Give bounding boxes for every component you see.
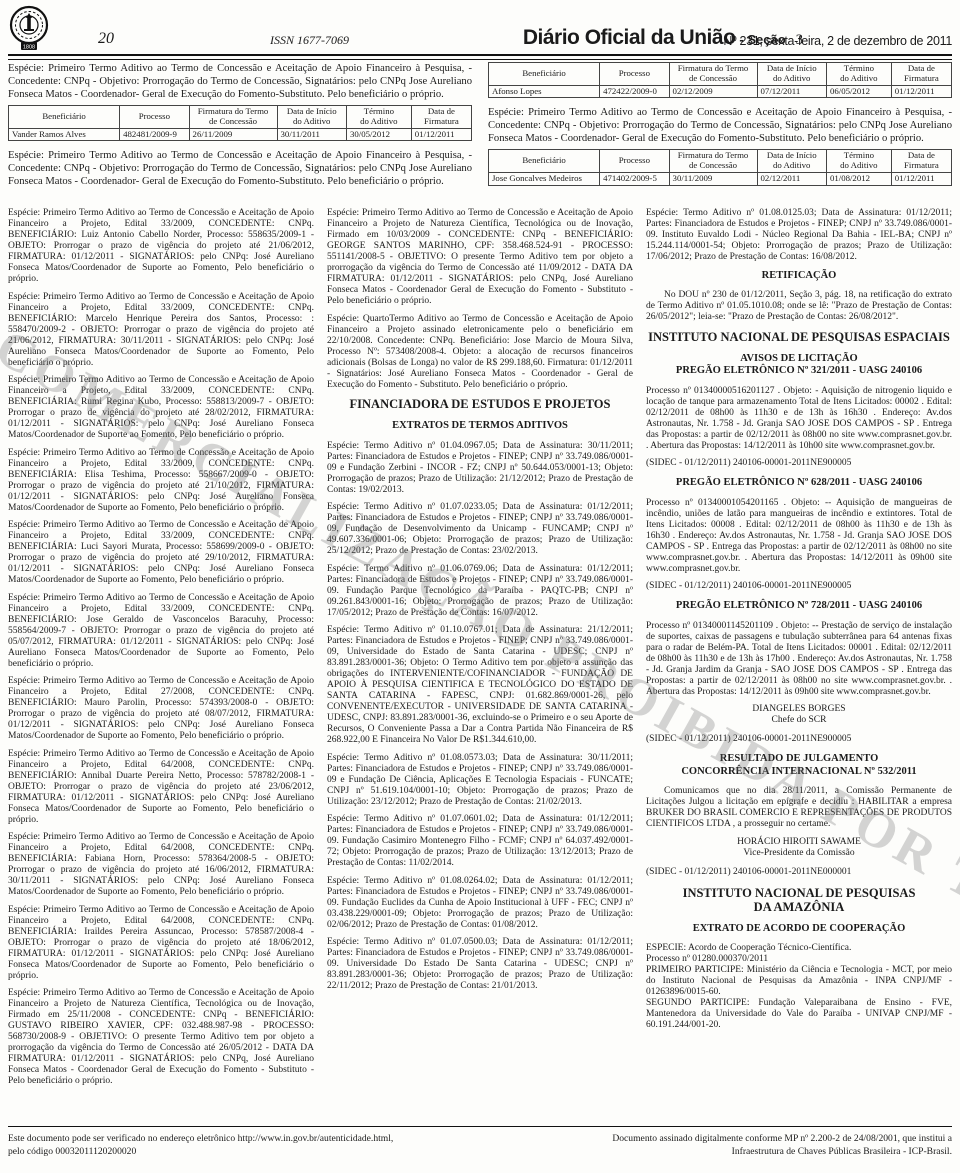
section-heading-pregao-628: PREGÃO ELETRÔNICO Nº 628/2011 - UASG 240… bbox=[646, 477, 952, 490]
table-cell: Afonso Lopes bbox=[489, 85, 600, 98]
extract-paragraph: Espécie: Primeiro Termo Aditivo ao Termo… bbox=[8, 832, 314, 898]
acordo-line: Processo nº 01280.000370/2011 bbox=[646, 954, 952, 965]
extract-paragraph: Espécie: Primeiro Termo Aditivo ao Termo… bbox=[8, 62, 472, 101]
column-left: Espécie: Primeiro Termo Aditivo ao Termo… bbox=[8, 208, 314, 1120]
table-header-row: Beneficiário Processo Firmatura do Termo… bbox=[489, 150, 952, 173]
extract-paragraph: Espécie: Primeiro Termo Aditivo ao Termo… bbox=[8, 292, 314, 369]
column-middle: Espécie: Primeiro Termo Aditivo ao Termo… bbox=[327, 208, 633, 1120]
signature-block: DIANGELES BORGES Chefe do SCR bbox=[646, 704, 952, 726]
table-cell: Vander Ramos Alves bbox=[9, 128, 120, 141]
col-data-inicio: Data de Início do Aditivo bbox=[277, 106, 346, 129]
acordo-line: ESPECIE: Acordo de Cooperação Técnico-Ci… bbox=[646, 943, 952, 954]
acordo-line: SEGUNDO PARTICIPE: Fundação Valeparaiban… bbox=[646, 998, 952, 1031]
table-cell: 471402/2009-5 bbox=[600, 172, 669, 185]
column-right: Espécie: Termo Aditivo nº 01.08.0125.03;… bbox=[646, 208, 952, 1120]
extract-paragraph: Espécie: Primeiro Termo Aditivo ao Termo… bbox=[8, 905, 314, 982]
table-cell: 02/12/2009 bbox=[669, 85, 757, 98]
signature-block: HORÁCIO HIROITI SAWAME Vice-Presidente d… bbox=[646, 837, 952, 859]
table-cell: 06/05/2012 bbox=[826, 85, 891, 98]
licitacao-paragraph: Processo nº 01340001145201109 . Objeto: … bbox=[646, 621, 952, 698]
sidec-reference: (SIDEC - 01/12/2011) 240106-00001-2011NE… bbox=[646, 581, 952, 592]
table-cell: 30/05/2012 bbox=[346, 128, 411, 141]
page-number: 20 bbox=[98, 30, 114, 48]
top-section: Espécie: Primeiro Termo Aditivo ao Termo… bbox=[8, 62, 952, 194]
retificacao-paragraph: No DOU nº 230 de 01/12/2011, Seção 3, pá… bbox=[646, 290, 952, 323]
extract-paragraph: Espécie: QuartoTermo Aditivo ao Termo de… bbox=[327, 314, 633, 391]
table-cell: 30/11/2011 bbox=[277, 128, 346, 141]
extract-paragraph: Espécie: Primeiro Termo Aditivo ao Termo… bbox=[8, 749, 314, 826]
extract-paragraph: Espécie: Primeiro Termo Aditivo ao Termo… bbox=[8, 988, 314, 1087]
issn-label: ISSN 1677-7069 bbox=[270, 33, 349, 48]
extract-paragraph: Espécie: Termo Aditivo nº 01.08.0125.03;… bbox=[646, 208, 952, 263]
extract-paragraph: Espécie: Termo Aditivo nº 01.06.0769.06;… bbox=[327, 564, 633, 619]
aditivo-table-jose: Beneficiário Processo Firmatura do Termo… bbox=[488, 149, 952, 185]
page-header: 1808 20 ISSN 1677-7069 Diário Oficial da… bbox=[8, 4, 952, 52]
licitacao-paragraph: Processo nº 01340001054201165 . Objeto: … bbox=[646, 498, 952, 575]
col-processo: Processo bbox=[600, 63, 669, 86]
table-cell: Jose Goncalves Medeiros bbox=[489, 172, 600, 185]
sidec-reference: (SIDEC - 01/12/2011) 240106-00001-2011NE… bbox=[646, 867, 952, 878]
extract-paragraph: Espécie: Primeiro Termo Aditivo ao Termo… bbox=[8, 448, 314, 514]
edition-date: Nº 231, sexta-feira, 2 de dezembro de 20… bbox=[723, 34, 952, 48]
aditivo-table-vander: Beneficiário Processo Firmatura do Termo… bbox=[8, 105, 472, 141]
col-firmatura-termo: Firmatura do Termo de Concessão bbox=[189, 106, 277, 129]
col-data-inicio: Data de Início do Aditivo bbox=[757, 150, 826, 173]
col-data-firmatura: Data de Firmatura bbox=[891, 63, 951, 86]
section-heading-retificacao: RETIFICAÇÃO bbox=[646, 270, 952, 283]
masthead-title: Diário Oficial da União bbox=[523, 26, 736, 49]
col-beneficiario: Beneficiário bbox=[489, 63, 600, 86]
top-left-half: Espécie: Primeiro Termo Aditivo ao Termo… bbox=[8, 62, 472, 194]
table-cell: 26/11/2009 bbox=[189, 128, 277, 141]
signer-role: Chefe do SCR bbox=[646, 715, 952, 726]
col-data-inicio: Data de Início do Aditivo bbox=[757, 63, 826, 86]
extract-paragraph: Espécie: Termo Aditivo nº 01.07.0500.03;… bbox=[327, 937, 633, 992]
signer-name: DIANGELES BORGES bbox=[646, 704, 952, 715]
extract-paragraph: Espécie: Termo Aditivo nº 01.04.0967.05;… bbox=[327, 441, 633, 496]
acordo-line: PRIMEIRO PARTICIPE: Ministério da Ciênci… bbox=[646, 965, 952, 998]
col-beneficiario: Beneficiário bbox=[9, 106, 120, 129]
extract-paragraph: Espécie: Primeiro Termo Aditivo ao Termo… bbox=[8, 149, 472, 188]
extract-paragraph: Espécie: Termo Aditivo nº 01.07.0233.05;… bbox=[327, 502, 633, 557]
extract-paragraph: Espécie: Primeiro Termo Aditivo ao Termo… bbox=[327, 208, 633, 307]
section-heading-extratos: EXTRATOS DE TERMOS ADITIVOS bbox=[327, 420, 633, 433]
signer-role: Vice-Presidente da Comissão bbox=[646, 848, 952, 859]
extract-paragraph: Espécie: Primeiro Termo Aditivo ao Termo… bbox=[8, 520, 314, 586]
org-heading-inpe: INSTITUTO NACIONAL DE PESQUISAS ESPACIAI… bbox=[646, 330, 952, 344]
extract-paragraph: Espécie: Primeiro Termo Aditivo ao Termo… bbox=[8, 593, 314, 670]
col-beneficiario: Beneficiário bbox=[489, 150, 600, 173]
sidec-reference: (SIDEC - 01/12/2011) 240106-00001-2011NE… bbox=[646, 734, 952, 745]
resultado-paragraph: Comunicamos que no dia 28/11/2011, a Com… bbox=[646, 786, 952, 830]
svg-text:1808: 1808 bbox=[23, 45, 35, 51]
extract-paragraph: Espécie: Primeiro Termo Aditivo ao Termo… bbox=[8, 208, 314, 285]
footer-rule bbox=[8, 1126, 952, 1127]
sidec-reference: (SIDEC - 01/12/2011) 240106-00001-2011NE… bbox=[646, 458, 952, 469]
header-rule bbox=[8, 54, 952, 60]
table-row: Jose Goncalves Medeiros 471402/2009-5 30… bbox=[489, 172, 952, 185]
table-cell: 01/08/2012 bbox=[826, 172, 891, 185]
table-cell: 30/11/2009 bbox=[669, 172, 757, 185]
page-footer: Este documento pode ser verificado no en… bbox=[8, 1132, 952, 1158]
table-cell: 02/12/2011 bbox=[757, 172, 826, 185]
extract-paragraph: Espécie: Primeiro Termo Aditivo ao Termo… bbox=[8, 375, 314, 441]
extract-paragraph: Espécie: Termo Aditivo nº 01.07.0601.02;… bbox=[327, 814, 633, 869]
col-data-firmatura: Data de Firmatura bbox=[891, 150, 951, 173]
extract-paragraph: Espécie: Primeiro Termo Aditivo ao Termo… bbox=[8, 676, 314, 742]
extract-paragraph: Espécie: Primeiro Termo Aditivo ao Termo… bbox=[488, 106, 952, 145]
col-processo: Processo bbox=[120, 106, 189, 129]
section-heading-pregao-321: AVISOS DE LICITAÇÃO PREGÃO ELETRÔNICO Nº… bbox=[646, 353, 952, 378]
licitacao-paragraph: Processo nº 01340000516201127 . Objeto: … bbox=[646, 386, 952, 452]
col-termino: Término do Aditivo bbox=[826, 63, 891, 86]
table-row: Afonso Lopes 472422/2009-0 02/12/2009 07… bbox=[489, 85, 952, 98]
col-firmatura-termo: Firmatura do Termo de Concessão bbox=[669, 150, 757, 173]
org-heading-finep: FINANCIADORA DE ESTUDOS E PROJETOS bbox=[327, 397, 633, 411]
table-cell: 01/12/2011 bbox=[891, 172, 951, 185]
table-header-row: Beneficiário Processo Firmatura do Termo… bbox=[9, 106, 472, 129]
gazette-page: 1808 20 ISSN 1677-7069 Diário Oficial da… bbox=[0, 0, 960, 1173]
aditivo-table-afonso: Beneficiário Processo Firmatura do Termo… bbox=[488, 62, 952, 98]
col-termino: Término do Aditivo bbox=[826, 150, 891, 173]
table-cell: 01/12/2011 bbox=[411, 128, 471, 141]
extract-paragraph: Espécie: Termo Aditivo nº 01.08.0573.03;… bbox=[327, 753, 633, 808]
section-heading-pregao-728: PREGÃO ELETRÔNICO Nº 728/2011 - UASG 240… bbox=[646, 600, 952, 613]
col-data-firmatura: Data de Firmatura bbox=[411, 106, 471, 129]
table-cell: 01/12/2011 bbox=[891, 85, 951, 98]
table-cell: 472422/2009-0 bbox=[600, 85, 669, 98]
col-firmatura-termo: Firmatura do Termo de Concessão bbox=[669, 63, 757, 86]
section-heading-acordo: EXTRATO DE ACORDO DE COOPERAÇÃO bbox=[646, 923, 952, 936]
org-heading-inpa: INSTITUTO NACIONAL DE PESQUISAS DA AMAZÔ… bbox=[646, 886, 952, 914]
footer-verification-text: Este documento pode ser verificado no en… bbox=[8, 1132, 478, 1158]
col-processo: Processo bbox=[600, 150, 669, 173]
extract-paragraph: Espécie: Termo Aditivo nº 01.10.0767.01;… bbox=[327, 625, 633, 746]
extract-paragraph: Espécie: Termo Aditivo nº 01.08.0264.02;… bbox=[327, 876, 633, 931]
section-heading-resultado: RESULTADO DE JULGAMENTO CONCORRÊNCIA INT… bbox=[646, 753, 952, 778]
top-right-half: Beneficiário Processo Firmatura do Termo… bbox=[488, 62, 952, 194]
signer-name: HORÁCIO HIROITI SAWAME bbox=[646, 837, 952, 848]
footer-signature-text: Documento assinado digitalmente conforme… bbox=[512, 1132, 952, 1158]
table-cell: 07/12/2011 bbox=[757, 85, 826, 98]
table-cell: 482481/2009-9 bbox=[120, 128, 189, 141]
body-columns: Espécie: Primeiro Termo Aditivo ao Termo… bbox=[8, 208, 952, 1120]
table-header-row: Beneficiário Processo Firmatura do Termo… bbox=[489, 63, 952, 86]
table-row: Vander Ramos Alves 482481/2009-9 26/11/2… bbox=[9, 128, 472, 141]
imprensa-nacional-logo: 1808 bbox=[8, 4, 50, 59]
col-termino: Término do Aditivo bbox=[346, 106, 411, 129]
